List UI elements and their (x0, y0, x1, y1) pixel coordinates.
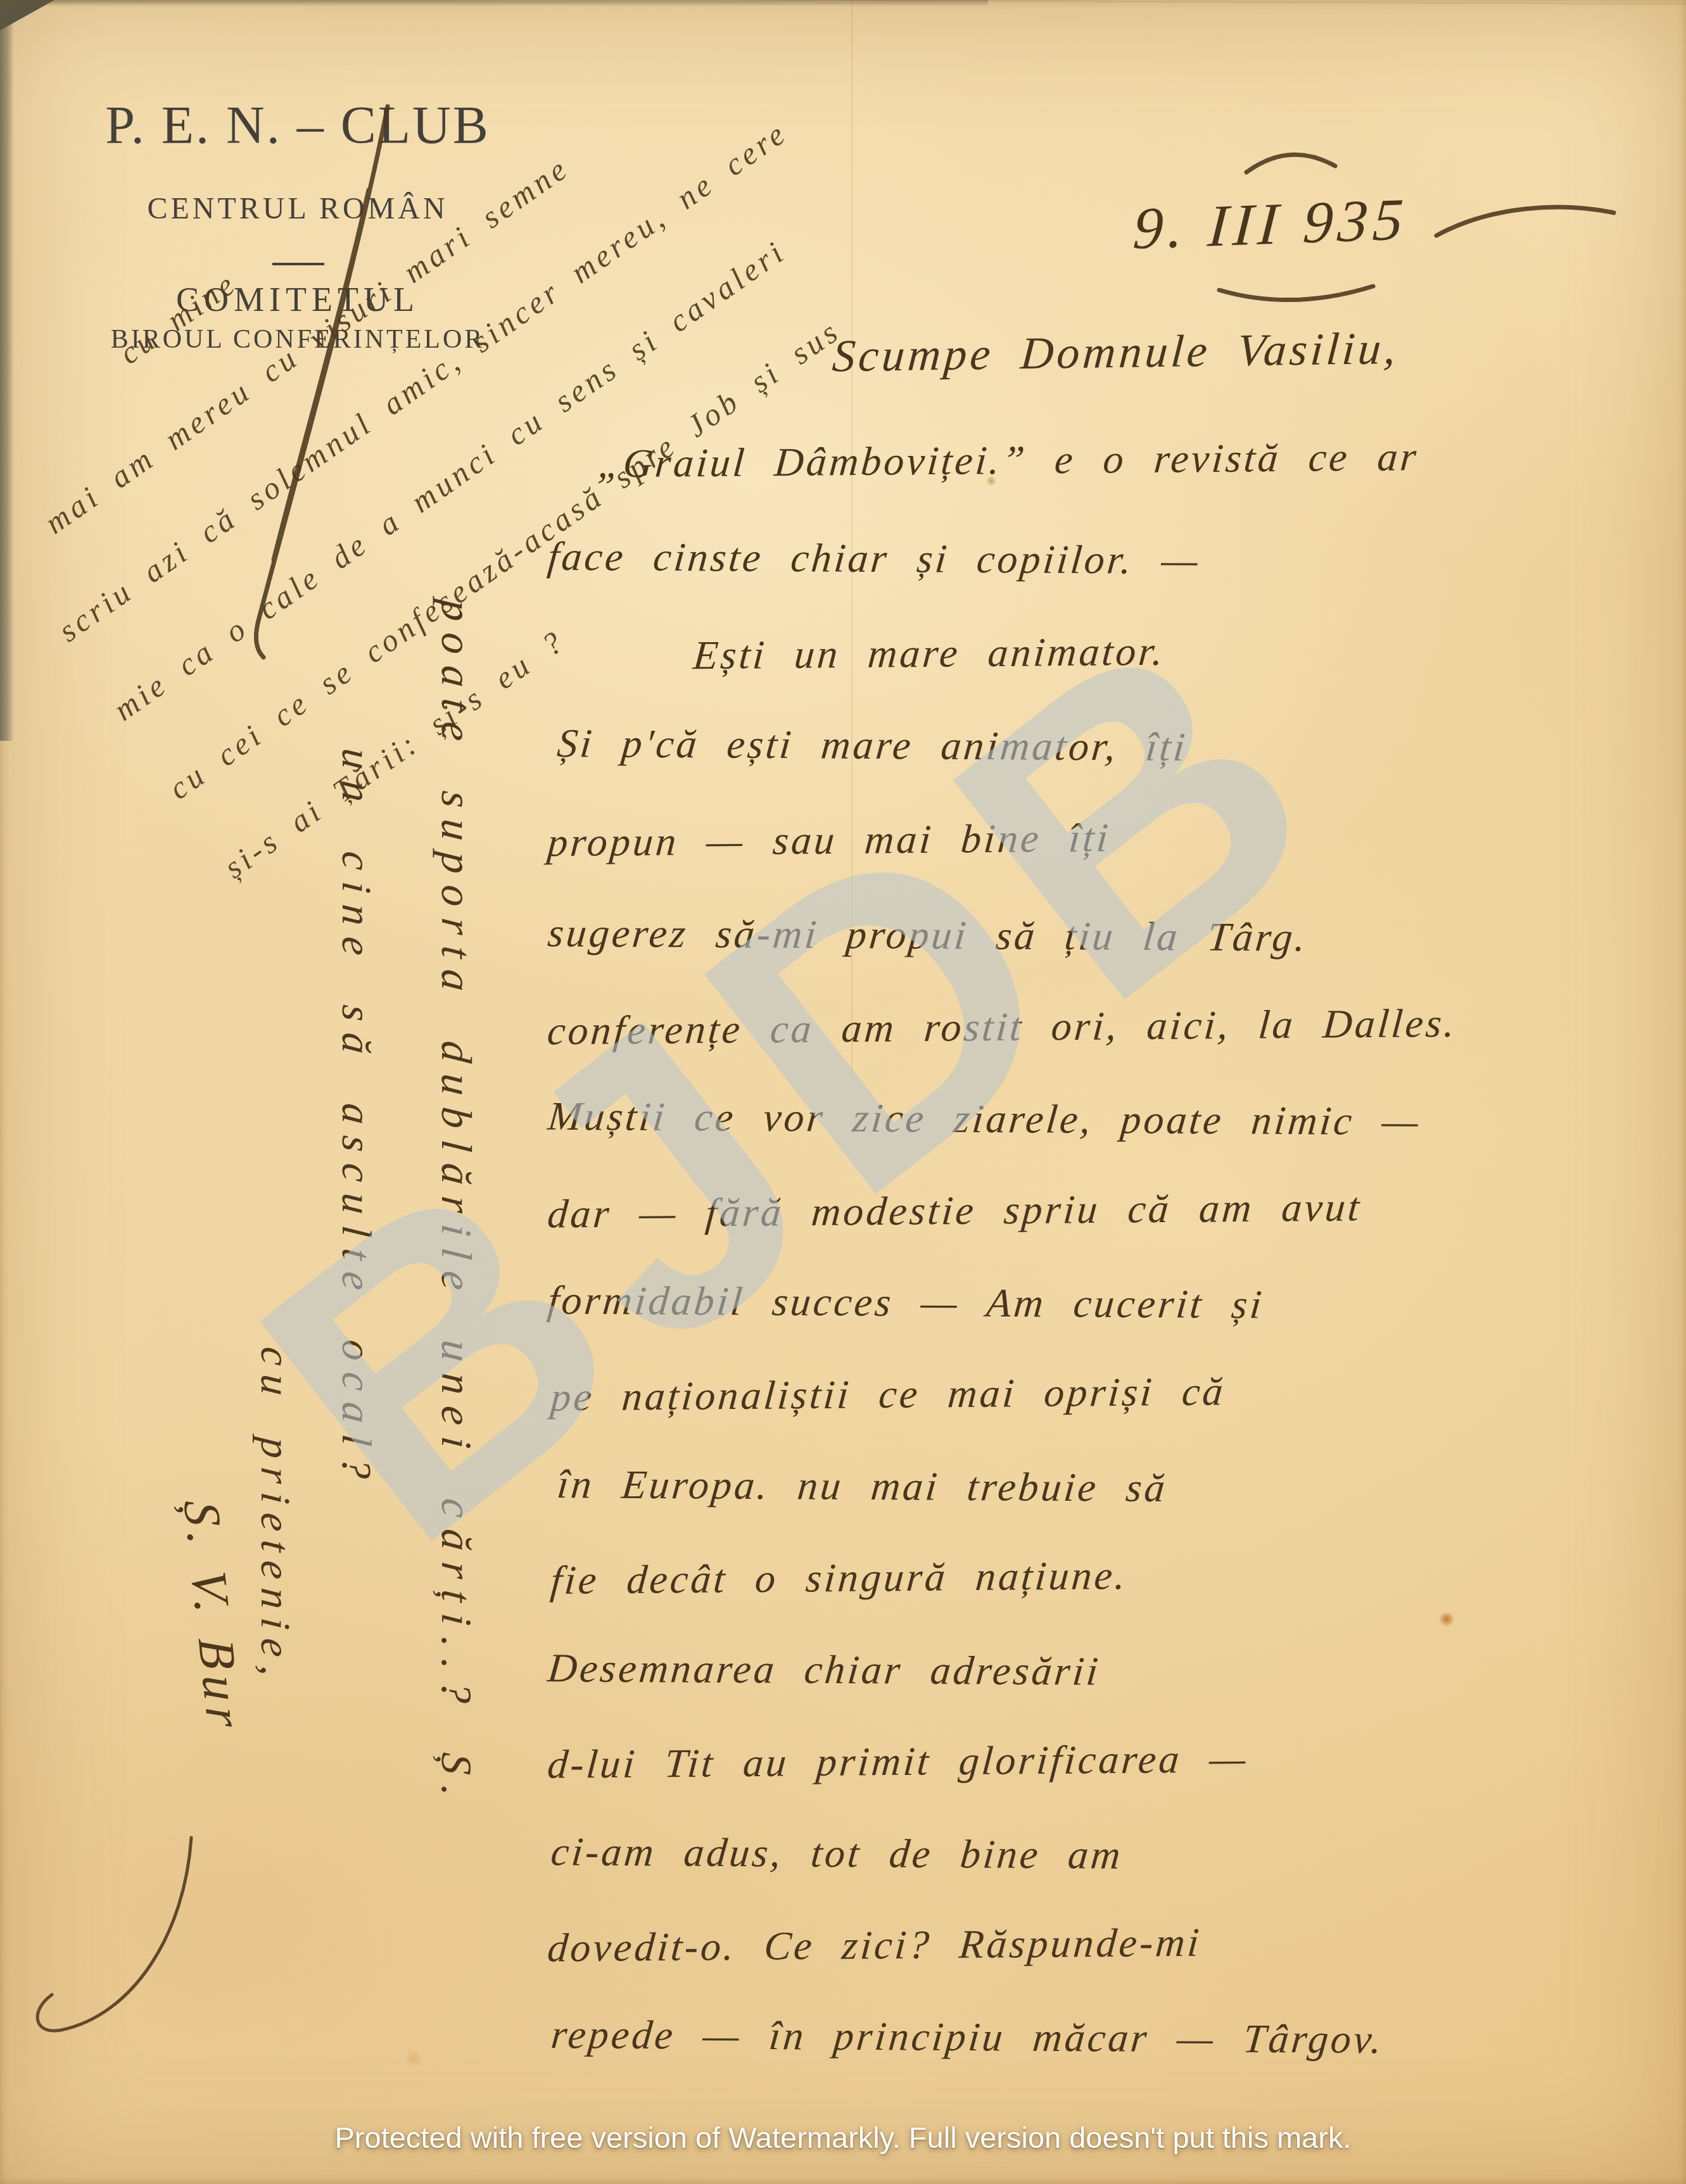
letter-scan-page: P. E. N. – CLUB CENTRUL ROMÂN COMITETUL … (0, 0, 1686, 2184)
letter-line-1: „Graiul Dâmboviței.” e o revistă ce ar (597, 433, 1421, 487)
letter-line-16: ci-am adus, tot de bine am (549, 1828, 1125, 1879)
letter-line-18: repede — în principiu măcar — Târgov. (549, 2011, 1386, 2063)
letter-line-13: fie decât o singură națiune. (549, 1552, 1130, 1604)
letter-line-15: d-lui Tit au primit glorificarea — (546, 1735, 1250, 1788)
letter-line-17: dovedit-o. Ce zici? Răspunde-mi (546, 1919, 1203, 1972)
letter-line-14: Desemnarea chiar adresării (546, 1644, 1103, 1695)
watermarkly-footer-text: Protected with free version of Watermark… (335, 2120, 1352, 2155)
